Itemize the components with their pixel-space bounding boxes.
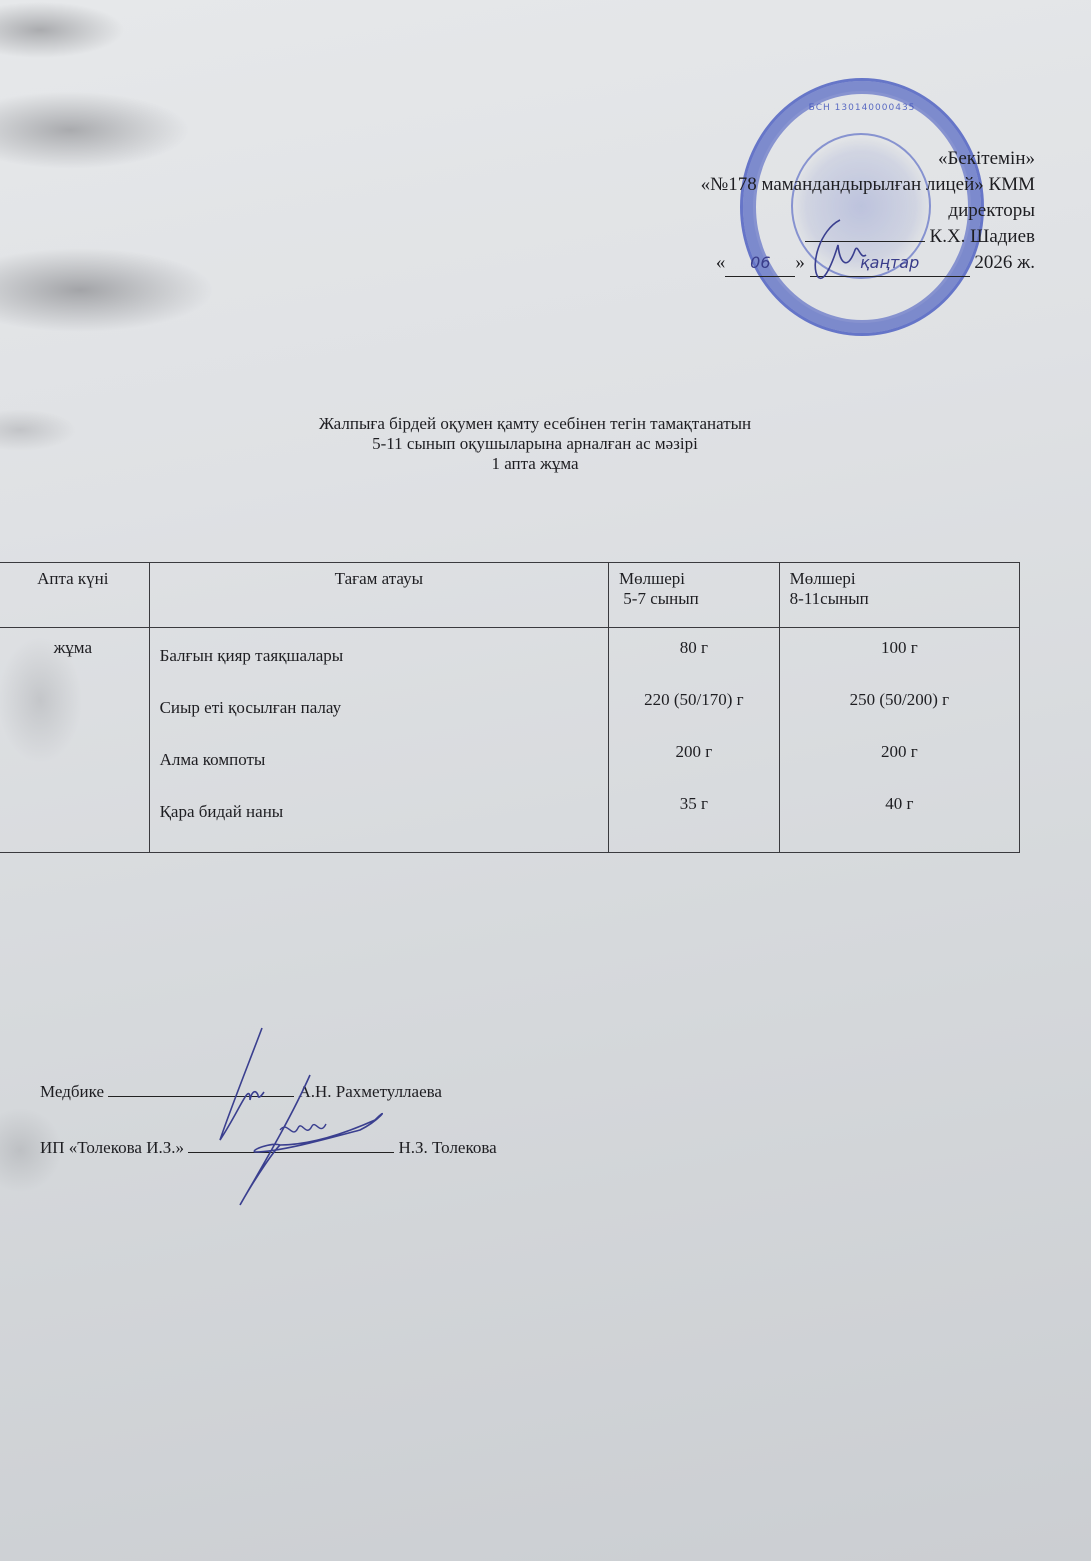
- dish-name: Қара бидай наны: [160, 792, 598, 844]
- title-line-1: Жалпыға бірдей оқумен қамту есебінен тег…: [0, 414, 1070, 434]
- date-month-field: қаңтар: [810, 250, 970, 277]
- header-qty-5-7-line1: Мөлшері: [619, 569, 685, 588]
- header-dish: Тағам атауы: [149, 563, 608, 628]
- dish-name: Сиыр еті қосылған палау: [160, 688, 598, 740]
- header-day: Апта күні: [0, 563, 149, 628]
- signature-block: Медбике А.Н. Рахметуллаева ИП «Толекова …: [40, 1078, 497, 1190]
- date-day-field: 06: [725, 250, 795, 277]
- supplier-label: ИП «Толекова И.З.»: [40, 1138, 184, 1157]
- nurse-name: А.Н. Рахметуллаева: [299, 1082, 442, 1101]
- title-line-3: 1 апта жұма: [0, 454, 1070, 474]
- approve-label: «Бекітемін»: [701, 146, 1035, 172]
- header-qty-5-7: Мөлшері 5-7 сынып: [609, 563, 780, 628]
- date-year: 2026 ж.: [974, 252, 1035, 273]
- day-cell: жұма: [0, 628, 149, 853]
- document-title: Жалпыға бірдей оқумен қамту есебінен тег…: [0, 414, 1070, 474]
- qty-value: 200 г: [619, 740, 769, 792]
- table-header-row: Апта күні Тағам атауы Мөлшері 5-7 сынып …: [0, 563, 1020, 628]
- qty-5-7-cell: 80 г 220 (50/170) г 200 г 35 г: [609, 628, 780, 853]
- supplier-signature-blank: [188, 1134, 394, 1153]
- qty-value: 100 г: [790, 636, 1009, 688]
- header-qty-8-11-line2: 8-11сынып: [790, 589, 869, 608]
- qty-8-11-cell: 100 г 250 (50/200) г 200 г 40 г: [779, 628, 1019, 853]
- date-month: қаңтар: [860, 253, 919, 272]
- nurse-signature-row: Медбике А.Н. Рахметуллаева: [40, 1078, 497, 1104]
- date-day: 06: [750, 253, 770, 272]
- header-qty-8-11: Мөлшері 8-11сынып: [779, 563, 1019, 628]
- dish-names-cell: Балғын қияр таяқшалары Сиыр еті қосылған…: [149, 628, 608, 853]
- approval-date: «06» қаңтар 2026 ж.: [701, 250, 1035, 277]
- date-close-quote: »: [795, 252, 805, 273]
- date-open-quote: «: [716, 252, 726, 273]
- header-qty-5-7-line2: 5-7 сынып: [623, 589, 699, 608]
- organization-name: «№178 мамандандырылған лицей» КММ: [701, 172, 1035, 198]
- approval-block: «Бекітемін» «№178 мамандандырылған лицей…: [701, 146, 1035, 277]
- title-line-2: 5-11 сынып оқушыларына арналған ас мәзір…: [0, 434, 1070, 454]
- qty-value: 200 г: [790, 740, 1009, 792]
- supplier-name: Н.З. Толекова: [399, 1138, 497, 1157]
- qty-value: 250 (50/200) г: [790, 688, 1009, 740]
- stamp-bin-text: БСН 130140000435: [743, 103, 981, 113]
- dish-name: Алма компоты: [160, 740, 598, 792]
- director-role: директоры: [701, 198, 1035, 224]
- supplier-signature-row: ИП «Толекова И.З.» Н.З. Толекова: [40, 1134, 497, 1160]
- director-name: К.Х. Шадиев: [930, 226, 1035, 247]
- director-name-line: К.Х. Шадиев: [701, 224, 1035, 250]
- nurse-label: Медбике: [40, 1082, 104, 1101]
- dish-name: Балғын қияр таяқшалары: [160, 636, 598, 688]
- menu-table: Апта күні Тағам атауы Мөлшері 5-7 сынып …: [0, 562, 1020, 853]
- header-qty-8-11-line1: Мөлшері: [790, 569, 856, 588]
- director-signature-blank: [805, 241, 925, 242]
- qty-value: 80 г: [619, 636, 769, 688]
- nurse-signature-blank: [108, 1078, 294, 1097]
- qty-value: 40 г: [790, 792, 1009, 844]
- table-row: жұма Балғын қияр таяқшалары Сиыр еті қос…: [0, 628, 1020, 853]
- qty-value: 35 г: [619, 792, 769, 844]
- qty-value: 220 (50/170) г: [619, 688, 769, 740]
